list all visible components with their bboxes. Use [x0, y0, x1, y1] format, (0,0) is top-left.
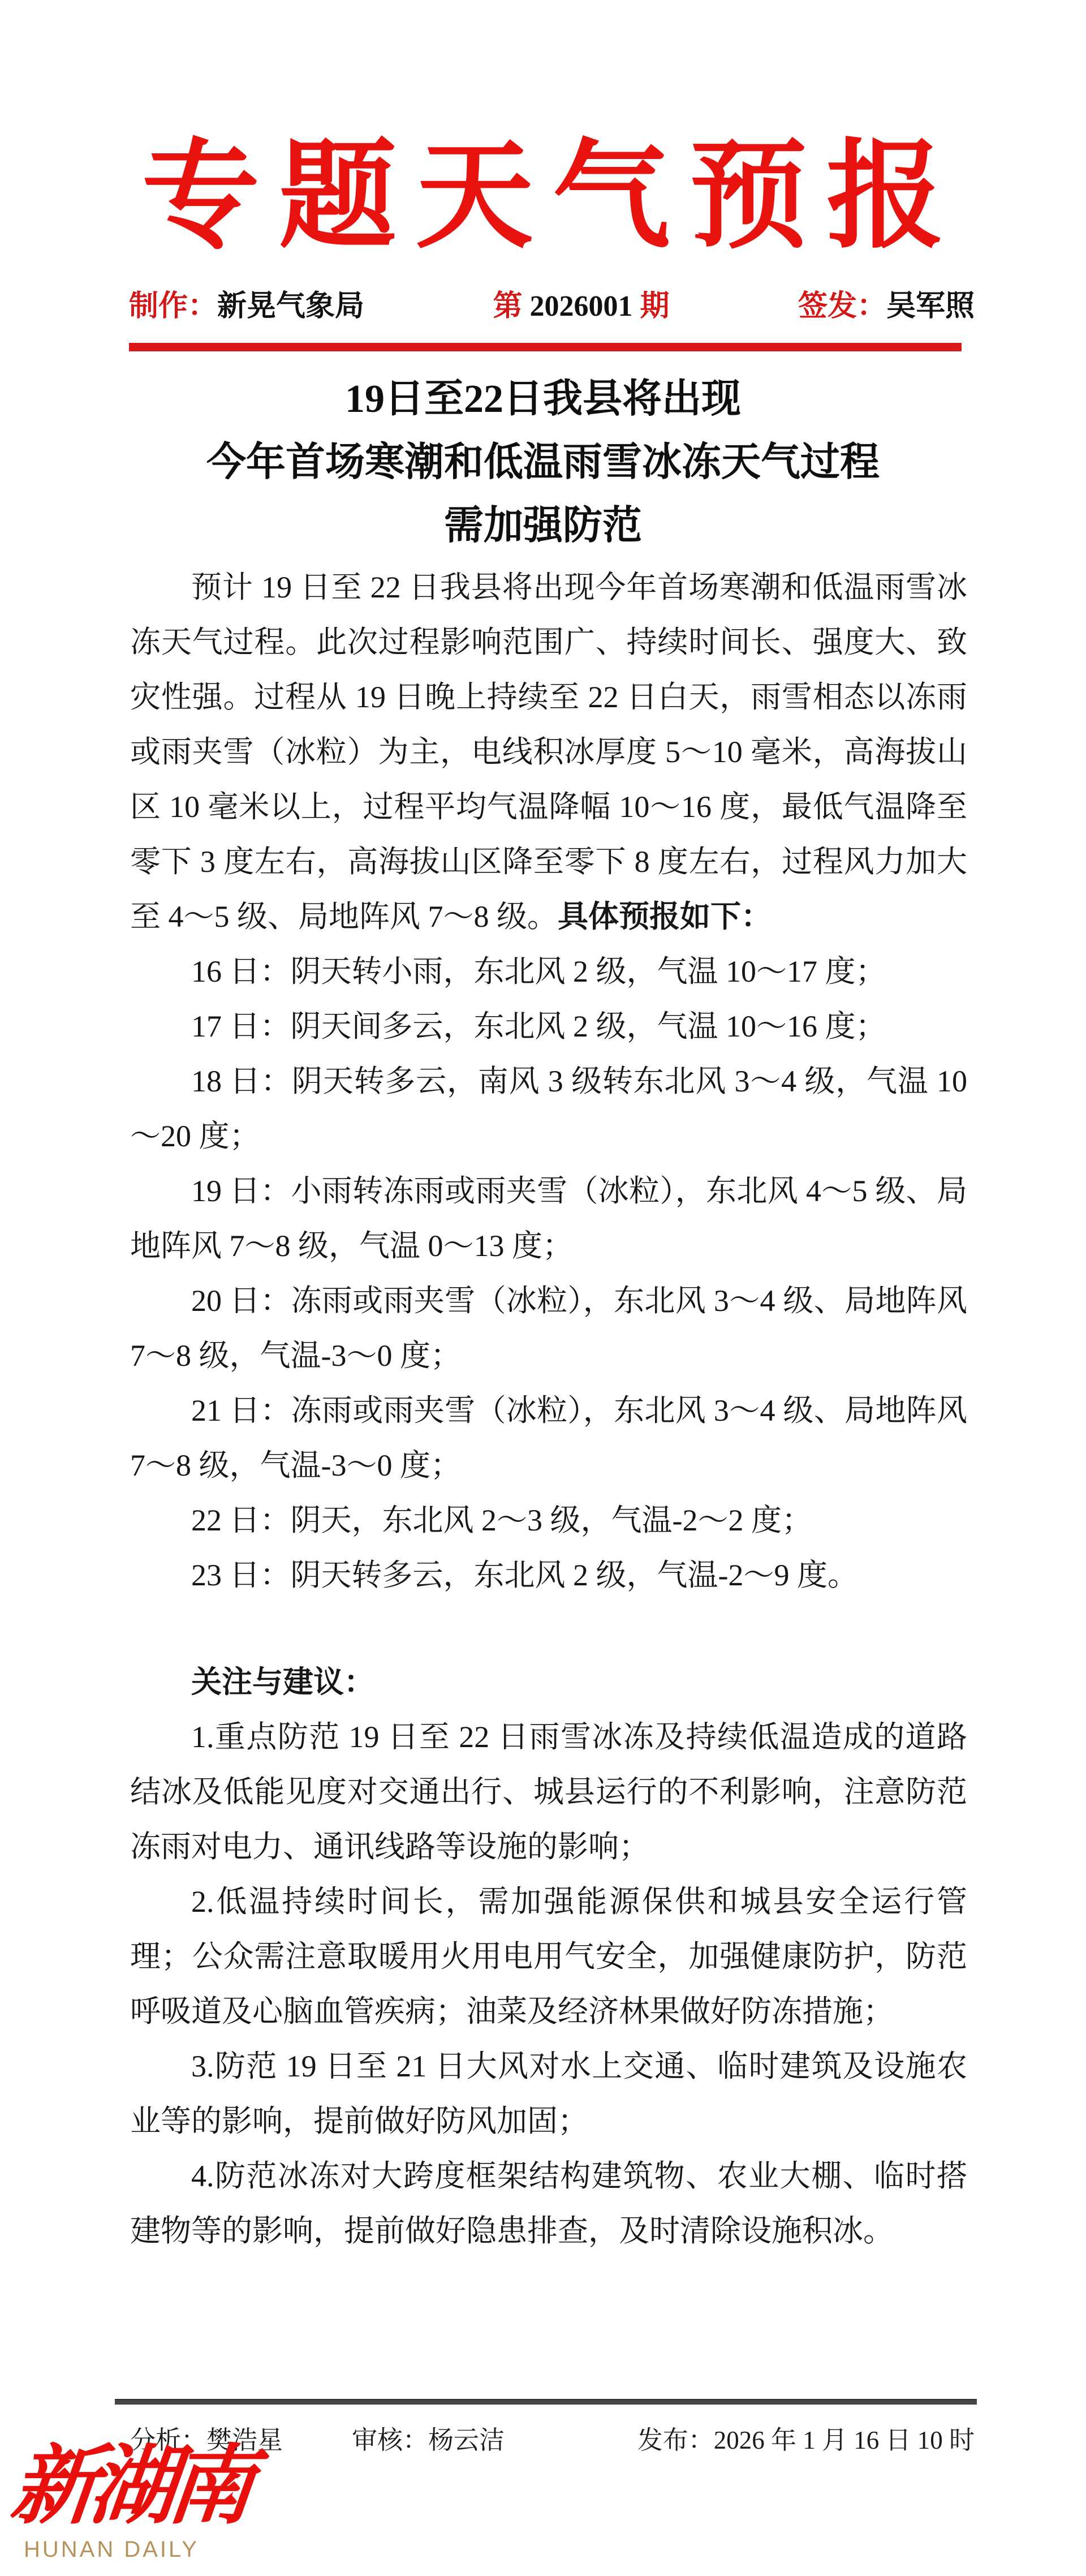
headline-line-2: 今年首场寒潮和低温雨雪冰冻天气过程 [0, 431, 1086, 494]
logo-chinese-wordmark: 新湖南 [7, 2439, 251, 2535]
forecast-item: 19 日：小雨转冻雨或雨夹雪（冰粒），东北风 4～5 级、局地阵风 7～8 级，… [130, 1164, 967, 1274]
intro-paragraph: 预计 19 日至 22 日我县将出现今年首场寒潮和低温雨雪冰冻天气过程。此次过程… [130, 560, 967, 944]
hunan-daily-logo: 新湖南 HUNAN DAILY [7, 2439, 241, 2562]
footer-publish-time: 发布：2026 年 1 月 16 日 10 时 [637, 2419, 975, 2456]
forecast-item: 22 日：阴天，东北风 2～3 级，气温-2～2 度； [130, 1493, 967, 1548]
page-title: 专题天气预报 [10, 134, 1086, 261]
masthead-divider [129, 343, 962, 351]
forecast-item: 23 日：阴天转多云，东北风 2 级，气温-2～9 度。 [130, 1548, 967, 1603]
issue-number-prefix: 第 [493, 290, 522, 322]
footer-divider [115, 2399, 977, 2405]
issue-line: 制作：新晃气象局 第 2026001 期 签发：吴军照 [129, 282, 975, 324]
maker-label: 制作： [129, 290, 217, 322]
footer-reviewer: 审核：杨云洁 [352, 2419, 505, 2456]
headline-line-1: 19日至22日我县将出现 [0, 368, 1086, 431]
signer-group: 签发：吴军照 [798, 282, 975, 324]
maker-group: 制作：新晃气象局 [129, 282, 364, 324]
advice-item: 2.低温持续时间长，需加强能源保供和城县安全运行管理；公众需注意取暖用火用电用气… [130, 1874, 967, 2039]
signer-label: 签发： [798, 290, 886, 322]
headline-line-3: 需加强防范 [0, 494, 1086, 558]
advice-section-title: 关注与建议： [130, 1655, 967, 1710]
intro-text: 预计 19 日至 22 日我县将出现今年首场寒潮和低温雨雪冰冻天气过程。此次过程… [130, 570, 967, 934]
intro-bold-lead: 具体预报如下： [558, 900, 772, 934]
issue-number-group: 第 2026001 期 [493, 282, 669, 324]
forecast-item: 21 日：冻雨或雨夹雪（冰粒），东北风 3～4 级、局地阵风 7～8 级，气温-… [130, 1383, 967, 1493]
advice-item: 3.防范 19 日至 21 日大风对水上交通、临时建筑及设施农业等的影响，提前做… [130, 2039, 967, 2149]
advice-item: 4.防范冰冻对大跨度框架结构建筑物、农业大棚、临时搭建物等的影响，提前做好隐患排… [130, 2149, 967, 2259]
forecast-item: 16 日：阴天转小雨，东北风 2 级，气温 10～17 度； [130, 944, 967, 999]
forecast-item: 20 日：冻雨或雨夹雪（冰粒），东北风 3～4 级、局地阵风 7～8 级，气温-… [130, 1274, 967, 1383]
issue-number: 2026001 [530, 290, 633, 322]
bulletin-page: 专题天气预报 制作：新晃气象局 第 2026001 期 签发：吴军照 19日至2… [0, 0, 1086, 2576]
bulletin-body: 预计 19 日至 22 日我县将出现今年首场寒潮和低温雨雪冰冻天气过程。此次过程… [130, 560, 967, 2259]
logo-english-wordmark: HUNAN DAILY [24, 2537, 241, 2562]
forecast-item: 17 日：阴天间多云，东北风 2 级，气温 10～16 度； [130, 999, 967, 1054]
forecast-item: 18 日：阴天转多云，南风 3 级转东北风 3～4 级，气温 10～20 度； [130, 1054, 967, 1164]
footer-credits: 分析：樊浩星 审核：杨云洁 发布：2026 年 1 月 16 日 10 时 [130, 2419, 975, 2456]
advice-item: 1.重点防范 19 日至 22 日雨雪冰冻及持续低温造成的道路结冰及低能见度对交… [130, 1710, 967, 1874]
maker-value: 新晃气象局 [217, 290, 364, 322]
signer-value: 吴军照 [886, 290, 975, 322]
issue-number-suffix: 期 [640, 290, 670, 322]
bulletin-headline: 19日至22日我县将出现 今年首场寒潮和低温雨雪冰冻天气过程 需加强防范 [0, 368, 1086, 558]
